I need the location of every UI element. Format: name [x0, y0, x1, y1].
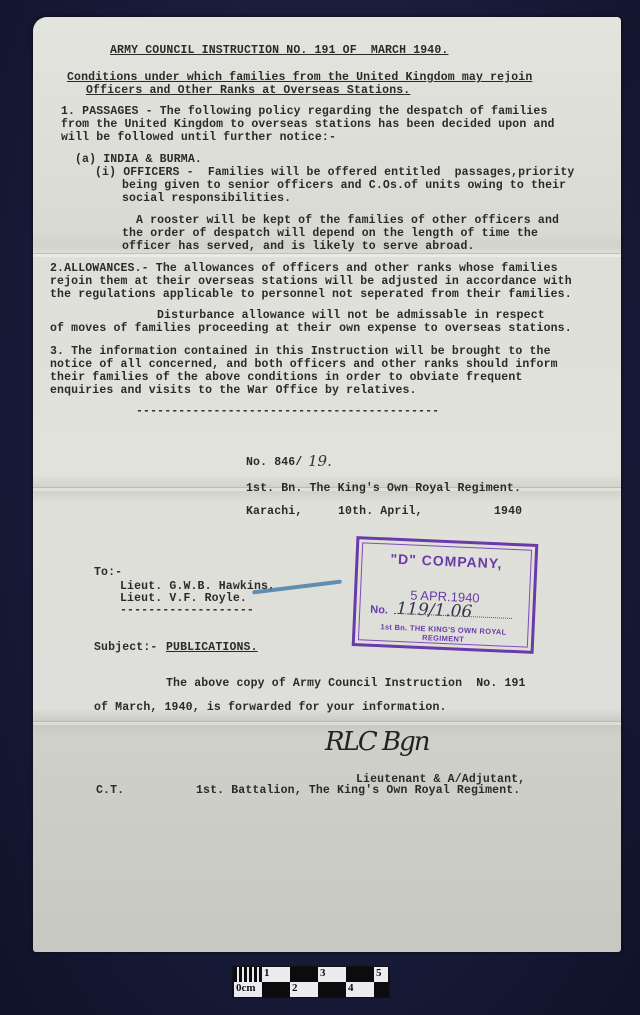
section1-line: from the United Kingdom to overseas stat… [61, 118, 555, 132]
scale-block [262, 982, 290, 997]
scale-label: 4 [346, 982, 374, 997]
scale-block [374, 982, 388, 997]
separator-rule: ----------------------------------------… [136, 405, 439, 419]
scale-label: 0cm [234, 982, 262, 997]
stamp-no-handwritten: 119/1.06 [396, 599, 473, 622]
scale-label: 5 [374, 967, 388, 982]
officers-line: being given to senior officers and C.Os.… [122, 179, 566, 193]
roster-line: officer has served, and is likely to ser… [122, 240, 475, 254]
scale-label: 1 [262, 967, 290, 982]
officers-line: social responsibilities. [122, 192, 291, 206]
memo-year: 1940 [494, 505, 522, 519]
body-line: The above copy of Army Council Instructi… [166, 677, 526, 691]
section2-line: 2.ALLOWANCES.- The allowances of officer… [50, 262, 558, 276]
scale-block [318, 982, 346, 997]
section3-line: notice of all concerned, and both office… [50, 358, 558, 372]
scale-block [290, 967, 318, 982]
section3-line: 3. The information contained in this Ins… [50, 345, 551, 359]
initials: C.T. [96, 784, 124, 798]
section1-line: will be followed until further notice:- [61, 131, 336, 145]
memo-unit: 1st. Bn. The King's Own Royal Regiment. [246, 482, 521, 496]
sub-a-heading: (a) INDIA & BURMA. [75, 153, 202, 167]
scale-block [346, 967, 374, 982]
signatory-unit: 1st. Battalion, The King's Own Royal Reg… [196, 784, 520, 798]
disturbance-line: Disturbance allowance will not be admiss… [157, 309, 545, 323]
company-stamp: "D" COMPANY, 5 APR.1940 No. 119/1.06 1st… [352, 536, 539, 654]
roster-line: the order of despatch will depend on the… [122, 227, 538, 241]
memo-place: Karachi, [246, 505, 302, 519]
stamp-no-label: No. [370, 604, 388, 617]
fold-line [33, 721, 621, 725]
section2-line: the regulations applicable to personnel … [50, 288, 572, 302]
scale-bar: 1 3 5 0cm 2 4 [232, 966, 390, 998]
to-label: To:- [94, 566, 122, 580]
section1-line: 1. PASSAGES - The following policy regar… [61, 105, 548, 119]
document-title: ARMY COUNCIL INSTRUCTION NO. 191 OF MARC… [110, 44, 448, 58]
memo-date: 10th. April, [338, 505, 423, 519]
scale-label: 2 [290, 982, 318, 997]
body-line: of March, 1940, is forwarded for your in… [94, 701, 447, 715]
roster-line: A rooster will be kept of the families o… [136, 214, 559, 228]
memo-number-handwritten: 19. [308, 452, 332, 470]
scale-label: 3 [318, 967, 346, 982]
section3-line: their families of the above conditions i… [50, 371, 522, 385]
section3-line: enquiries and visits to the War Office b… [50, 384, 417, 398]
subject-value: PUBLICATIONS. [166, 641, 258, 655]
signature: RLC Bgn [325, 727, 429, 757]
subtitle-line-2: Officers and Other Ranks at Overseas Sta… [86, 84, 410, 98]
memo-number: No. 846/ [246, 456, 302, 470]
subject-label: Subject:- [94, 641, 165, 655]
officers-line: (i) OFFICERS - Families will be offered … [95, 166, 574, 180]
subtitle-line-1: Conditions under which families from the… [67, 71, 532, 85]
scale-ticks [234, 967, 260, 982]
section2-line: rejoin them at their overseas stations w… [50, 275, 572, 289]
recipients-rule: ------------------- [120, 604, 254, 618]
disturbance-line: of moves of families proceeding at their… [50, 322, 572, 336]
